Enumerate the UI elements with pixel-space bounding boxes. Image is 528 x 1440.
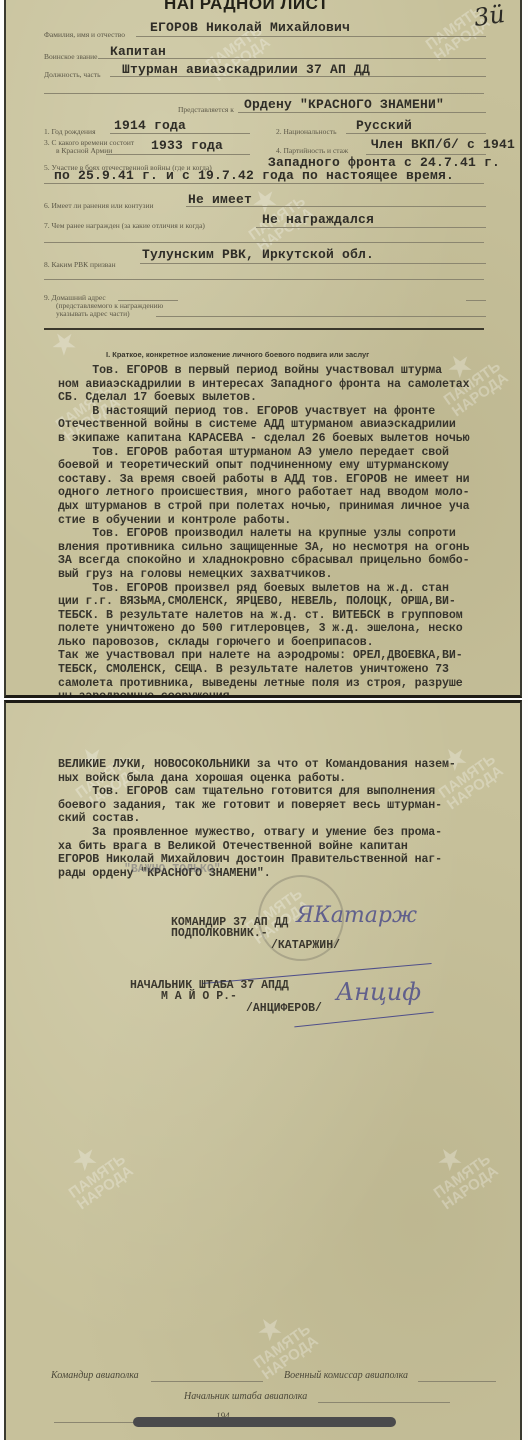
narrative-line: ных войск была дана хорошая оценка работ…	[58, 772, 498, 786]
commander-rank: ПОДПОЛКОВНИК.-	[171, 927, 268, 940]
narrative-text-continued: ВЕЛИКИЕ ЛУКИ, НОВОСОКОЛЬНИКИ за что от К…	[58, 758, 498, 880]
narrative-line: ВЕЛИКИЕ ЛУКИ, НОВОСОКОЛЬНИКИ за что от К…	[58, 758, 498, 772]
narrative-line: ха бить врага в Великой Отечественной во…	[58, 840, 498, 854]
party-label: 4. Партийность и стаж	[276, 146, 348, 155]
watermark: ★ПАМЯТЬНАРОДА	[416, 1129, 501, 1212]
rank-value: Капитан	[110, 44, 166, 59]
narrative-line: Тов. ЕГОРОВ работая штурманом АЭ умело п…	[58, 446, 498, 460]
form-commander-label: Командир авиаполка	[51, 1370, 139, 1381]
rvk-value: Тулунским РВК, Иркутской обл.	[142, 247, 374, 262]
star-icon: ★	[45, 325, 83, 363]
narrative-line: Тов. ЕГОРОВ сам тщательно готовится для …	[58, 785, 498, 799]
narrative-line: В настоящий период тов. ЕГОРОВ участвует…	[58, 405, 498, 419]
narrative-line: ны аэродромные сооружения.	[58, 690, 498, 698]
awards-label: 7. Чем ранее награжден (за какие отличия…	[44, 221, 205, 230]
narrative-line: ТЕБСК. В результате налетов на ж.д. ст. …	[58, 609, 498, 623]
narrative-line: Тов. ЕГОРОВ производил налеты на крупные…	[58, 527, 498, 541]
combat-value-2: по 25.9.41 г. и с 19.7.42 года по настоя…	[54, 168, 454, 183]
presented-label: Представляется к	[178, 105, 234, 114]
form-chief-label: Начальник штаба авиаполка	[184, 1391, 307, 1402]
star-icon: ★	[416, 1129, 485, 1189]
narrative-line: ном авиаэскадрилии в интересах Западного…	[58, 378, 498, 392]
watermark: ★ПАМЯТЬНАРОДА	[51, 1129, 136, 1212]
nationality-label: 2. Национальность	[276, 127, 337, 136]
position-label: Должность, часть	[44, 70, 101, 79]
narrative-line: вый груз на головы немецких захватчиков.	[58, 568, 498, 582]
document-title: НАГРАДНОЙ ЛИСТ	[164, 0, 329, 14]
handwritten-mark: 3ü	[472, 0, 506, 32]
service-value: 1933 года	[151, 138, 223, 153]
position-value: Штурман авиаэскадрилии 37 АП ДД	[122, 62, 370, 77]
birth-label: 1. Год рождения	[44, 127, 96, 136]
document-page-2: ★ПАМЯТЬНАРОДА ★ПАМЯТЬНАРОДА ПАМЯТЬНАРОДА…	[4, 700, 522, 1440]
narrative-line: ский состав.	[58, 812, 498, 826]
form-commissar-label: Военный комиссар авиаполка	[284, 1370, 408, 1381]
star-icon: ★	[236, 1299, 305, 1359]
party-value: Член ВКП/б/ с 1941 г.	[371, 137, 522, 152]
service-label-2: в Красной Армии	[56, 146, 112, 155]
awards-value: Не награждался	[262, 212, 374, 227]
wounds-value: Не имеет	[188, 192, 252, 207]
rank-label: Воинское звание	[44, 52, 98, 61]
address-label-3: указывать адрес части)	[56, 309, 130, 318]
chief-signature: Анциф	[336, 978, 421, 1006]
narrative-line: составу. За время своей работы в АДД тов…	[58, 473, 498, 487]
narrative-line: самолета противника, выведены летные пол…	[58, 677, 498, 691]
narrative-line: За проявленное мужество, отвагу и умение…	[58, 826, 498, 840]
narrative-text: Тов. ЕГОРОВ в первый период войны участв…	[58, 364, 498, 698]
commander-signature: ЯКатарж	[296, 903, 417, 928]
narrative-line: вления противника сильно защищенные ЗА, …	[58, 541, 498, 555]
wounds-label: 6. Имеет ли ранения или контузии	[44, 201, 153, 210]
narrative-line: Отечественной войны в системе АДД штурма…	[58, 418, 498, 432]
narrative-line: стие в обучении и контроле работы.	[58, 514, 498, 528]
home-indicator-bar[interactable]	[133, 1417, 396, 1427]
narrative-line: боевой и теоретический опыт подчиненному…	[58, 459, 498, 473]
presented-value: Ордену "КРАСНОГО ЗНАМЕНИ"	[244, 97, 444, 112]
narrative-line: Тов. ЕГОРОВ произвел ряд боевых вылетов …	[58, 582, 498, 596]
chief-rank: М А Й О Р.-	[161, 990, 237, 1003]
birth-value: 1914 года	[114, 118, 186, 133]
narrative-line: дых штурманов в строй при полетах ночью,…	[58, 500, 498, 514]
narrative-line: боевого задания, так же готовит и поверя…	[58, 799, 498, 813]
name-label: Фамилия, имя и отчество	[44, 30, 125, 39]
section-heading: I. Краткое, конкретное изложение личного…	[106, 350, 369, 359]
narrative-line: полете уничтожено до 500 гитлеровцев, 3 …	[58, 622, 498, 636]
narrative-line: ТЕБСК, СМОЛЕНСК, СЕЩА. В результате нале…	[58, 663, 498, 677]
watermark: ★	[45, 325, 83, 363]
document-page-1: ПАМЯТЬНАРОДА ПАМЯТЬНАРОДА ★ПАМЯТЬНАРОДА …	[4, 0, 522, 698]
narrative-line: СБ. Сделал 17 боевых вылетов.	[58, 391, 498, 405]
narrative-line: лько паровозов, склады горючего и боепри…	[58, 636, 498, 650]
star-icon: ★	[51, 1129, 120, 1189]
nationality-value: Русский	[356, 118, 412, 133]
name-value: ЕГОРОВ Николай Михайлович	[150, 20, 350, 35]
narrative-line: в экипаже капитана КАРАСЕВА - сделал 26 …	[58, 432, 498, 446]
chief-name: /АНЦИФЕРОВ/	[246, 1002, 322, 1015]
commander-name: /КАТАРЖИН/	[271, 939, 340, 952]
narrative-line: одного летного происшествия, много работ…	[58, 486, 498, 500]
narrative-line: Так же участвовал при налете на аэродром…	[58, 649, 498, 663]
narrative-line: Тов. ЕГОРОВ в первый период войны участв…	[58, 364, 498, 378]
narrative-line: ЗА всегда спокойно и хладнокровно сбрасы…	[58, 554, 498, 568]
narrative-line: ции г.г. ВЯЗЬМА,СМОЛЕНСК, ЯРЦЕВО, НЕВЕЛЬ…	[58, 595, 498, 609]
rvk-label: 8. Каким РВК призван	[44, 260, 116, 269]
faded-stamp-text: "ВАЖНО ТОЛЬКО"	[124, 863, 221, 876]
